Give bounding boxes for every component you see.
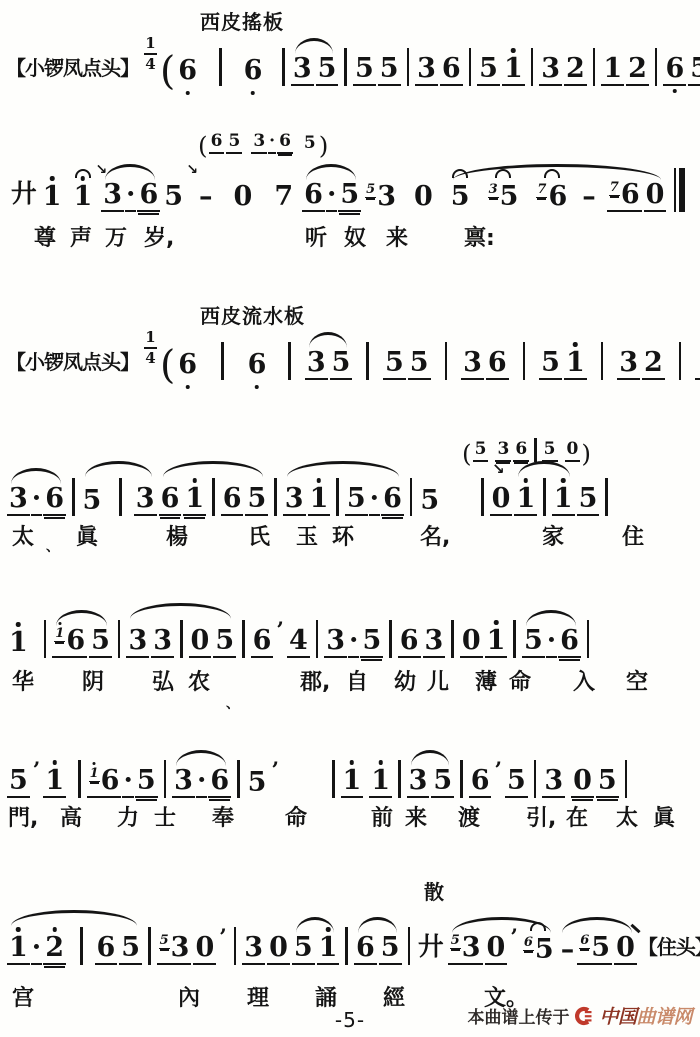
- note-digit: 6: [665, 53, 684, 84]
- site-name: 中国曲谱网: [599, 1002, 692, 1029]
- slur-group: 35: [304, 349, 354, 380]
- note-digit: 3: [136, 483, 155, 514]
- octave-dot: [52, 760, 57, 765]
- note-digit: 3: [497, 439, 509, 459]
- sharp-sign: 廾: [9, 182, 39, 212]
- note: 3: [415, 55, 438, 86]
- barline: [513, 620, 516, 658]
- note: 5: [226, 133, 242, 154]
- note: 5: [418, 487, 441, 516]
- fall-ornament-icon: ↘: [186, 163, 198, 177]
- barline: [679, 342, 682, 380]
- slur-group: 6165: [158, 478, 270, 516]
- note-digit: 0: [191, 625, 210, 656]
- note: 3: [251, 133, 267, 154]
- note-digit: 3: [244, 932, 263, 963]
- note-digit: 6: [442, 53, 461, 84]
- note: 6: [381, 485, 404, 516]
- beam-line: [382, 517, 403, 520]
- note: 0: [267, 934, 290, 965]
- note-digit: ’: [494, 758, 502, 783]
- final-barline: [674, 168, 685, 212]
- octave-dot: [193, 478, 198, 483]
- note-digit: 5: [410, 347, 429, 378]
- note: 5: [292, 934, 315, 965]
- barline: [316, 620, 319, 658]
- note-digit: ·: [126, 179, 135, 210]
- note: 5: [316, 55, 339, 86]
- slur-arc: [130, 603, 231, 619]
- note-digit: 3: [425, 625, 444, 656]
- barline: [451, 620, 454, 658]
- note-digit: 3: [153, 625, 172, 656]
- barline: [288, 342, 291, 380]
- note-digit: ·: [349, 625, 358, 656]
- barline: [605, 478, 608, 516]
- note-digit: 1: [45, 765, 64, 796]
- slur-arc: [411, 750, 450, 766]
- note: 6: [440, 55, 463, 86]
- note-digit: 廾: [418, 932, 444, 962]
- lyric-syllable: 声: [70, 221, 92, 252]
- lyric-syllable: 、: [226, 693, 239, 712]
- octave-dot: [673, 89, 678, 94]
- note: 5: [596, 767, 619, 798]
- barline: [148, 927, 151, 965]
- time-signature: 14: [144, 330, 157, 366]
- lyric-syllable: 儿: [427, 665, 449, 696]
- note-digit: 0: [573, 765, 592, 796]
- slur-arc: [358, 917, 397, 933]
- note: 1: [502, 55, 525, 86]
- note: 16: [87, 767, 122, 798]
- note-digit: 0: [616, 932, 635, 963]
- lyric-syllable: 空: [626, 665, 648, 696]
- barline: [445, 342, 448, 380]
- slur-arc: [11, 910, 137, 926]
- barline: [212, 478, 215, 516]
- note: 3: [305, 349, 328, 380]
- barline: [44, 620, 47, 658]
- barline: [221, 342, 224, 380]
- lyric-syllable: 来: [386, 221, 408, 252]
- note-digit: 5: [121, 932, 140, 963]
- note-digit: 3: [544, 765, 563, 796]
- note-digit: 3: [253, 131, 265, 151]
- barline: [344, 48, 347, 86]
- note-digit: 1: [371, 765, 390, 796]
- sharp-sign: 廾: [416, 935, 446, 965]
- slur-group: –650: [557, 934, 638, 965]
- note-digit: 3: [541, 53, 560, 84]
- note-digit: 5: [433, 765, 452, 796]
- note-digit: 3: [463, 347, 482, 378]
- lyric-syllable: 奴: [344, 221, 366, 252]
- slur-arc: [56, 610, 107, 626]
- barline: [625, 760, 628, 798]
- barline: [655, 48, 658, 86]
- note: 6: [398, 627, 421, 658]
- note-digit: 7: [274, 181, 293, 212]
- note-digit: 3: [103, 179, 122, 210]
- beam-line: [361, 659, 382, 662]
- note: 6: [302, 181, 325, 212]
- note-digit: 1: [343, 765, 362, 796]
- note-digit: 5: [385, 347, 404, 378]
- note: 1: [564, 349, 587, 380]
- octave-dot: [524, 478, 529, 483]
- barline: [593, 48, 596, 86]
- note: 1: [514, 485, 537, 516]
- note: 6: [558, 627, 581, 658]
- note-digit: 1: [554, 483, 573, 514]
- lyric-syllable: 眞: [76, 520, 98, 551]
- barline: [389, 620, 392, 658]
- note: ·: [268, 133, 276, 154]
- note-digit: 6: [560, 625, 579, 656]
- lyric-syllable: 奉: [212, 801, 234, 832]
- slur-group: 3·6: [6, 485, 67, 516]
- music-line-6: 5’116·53·65’11356’5305: [6, 740, 632, 798]
- note: 6: [354, 934, 377, 965]
- cue-fall-arrow: ↘: [492, 460, 505, 478]
- note: ·: [348, 627, 359, 658]
- barline: [234, 927, 237, 965]
- note: ’: [218, 927, 228, 949]
- note: ·: [31, 934, 42, 965]
- grace-note: 5: [450, 934, 461, 949]
- lyric-syllable: 薄: [475, 665, 497, 696]
- meter-numerator: 1: [145, 36, 155, 51]
- note: 3: [423, 627, 446, 658]
- barline: [469, 48, 472, 86]
- note-digit: –: [582, 181, 594, 212]
- note: 5: [345, 485, 368, 516]
- grace-note: 3: [488, 183, 499, 198]
- octave-dot: [251, 91, 256, 96]
- note-digit: 5: [420, 485, 439, 516]
- note: 16: [52, 627, 87, 658]
- lyric-syllable: 命: [285, 801, 307, 832]
- note-digit: 3: [619, 347, 638, 378]
- note: 6: [176, 57, 199, 86]
- note-digit: 5: [164, 181, 183, 212]
- music-line-3: 【小锣凤点头】14(66355536513212): [6, 322, 700, 380]
- note: 1: [308, 485, 331, 516]
- note: 5: [81, 487, 104, 516]
- note-digit: 5: [332, 347, 351, 378]
- barline: [237, 760, 240, 798]
- press-ornament-icon: [495, 169, 511, 178]
- barline: [534, 760, 537, 798]
- slur-arc: [562, 917, 632, 933]
- note-digit: ’: [276, 618, 284, 643]
- lyric-syllable: 渡: [458, 801, 480, 832]
- lyric-syllable: 玉: [296, 520, 318, 551]
- beam-line: [559, 659, 580, 662]
- note-digit: 6: [178, 349, 197, 380]
- note-digit: 5: [524, 625, 543, 656]
- note: 2: [43, 934, 66, 965]
- barline: [282, 48, 285, 86]
- music-line-4: 3·6536165315·650115: [6, 458, 613, 516]
- slur-arc: [105, 164, 155, 180]
- beam-line: [138, 213, 159, 216]
- slur-group: 5·6: [521, 627, 582, 658]
- note: 65: [521, 936, 556, 965]
- cue-line-4: (53650): [462, 428, 591, 462]
- note-digit: 5: [579, 483, 598, 514]
- note: 3: [101, 181, 124, 212]
- note-digit: 5: [535, 934, 554, 965]
- lyric-syllable: 高: [60, 801, 82, 832]
- note-digit: 5: [83, 485, 102, 516]
- octave-dot: [58, 622, 61, 625]
- slur-group: 65: [353, 934, 403, 965]
- note-digit: 6: [97, 932, 116, 963]
- note-digit: 2: [45, 932, 64, 963]
- slur-group: 3305: [125, 620, 237, 658]
- lyric-line-5: 华阴弘农、郡,自幼儿薄命入空: [0, 665, 700, 699]
- note-digit: 5: [304, 133, 316, 153]
- grace-note: 6: [523, 936, 534, 951]
- note: 1: [601, 55, 624, 86]
- note-digit: 廾: [11, 179, 37, 209]
- note-digit: 6: [66, 625, 85, 656]
- lyric-syllable: 岁,: [144, 221, 174, 252]
- note-digit: 3: [174, 765, 193, 796]
- barline: [72, 478, 75, 516]
- note: 3: [539, 55, 562, 86]
- octave-dot: [326, 927, 331, 932]
- octave-dot: [185, 385, 190, 390]
- note: 3: [617, 349, 640, 380]
- slur-arc: [306, 164, 356, 180]
- note: 5: [302, 135, 318, 154]
- note-digit: 1: [9, 932, 28, 963]
- note-digit: ’: [219, 925, 227, 950]
- note-digit: 6: [279, 131, 291, 151]
- note: 1: [552, 485, 575, 516]
- note: 0: [485, 934, 508, 965]
- note: 1: [317, 934, 340, 965]
- lyric-syllable: 氏: [248, 520, 270, 551]
- barline: [80, 927, 83, 965]
- note-digit: –: [199, 181, 211, 212]
- note: 3: [407, 767, 430, 798]
- note-digit: 5: [541, 347, 560, 378]
- note: ·: [31, 485, 42, 516]
- note: 5: [505, 767, 528, 798]
- note: 5: [89, 627, 112, 658]
- slur-group: 35: [406, 767, 456, 798]
- note-digit: 6: [211, 131, 223, 151]
- lyric-syllable: 、: [46, 536, 59, 555]
- slur-group: 11: [513, 478, 575, 516]
- note: 6: [159, 485, 182, 516]
- lyric-syllable: 来: [405, 801, 427, 832]
- note-digit: 5: [362, 625, 381, 656]
- note: 5: [539, 349, 562, 380]
- octave-dot: [52, 927, 57, 932]
- note: 53: [363, 183, 398, 212]
- lyric-syllable: 士: [154, 801, 176, 832]
- octave-dot: [16, 622, 21, 627]
- note: 5: [330, 349, 353, 380]
- note: –: [579, 183, 597, 212]
- barline: [523, 342, 526, 380]
- note-digit: 3: [462, 932, 481, 963]
- octave-dot: [16, 927, 21, 932]
- press-ornament-icon: [452, 169, 468, 178]
- octave-dot: [317, 478, 322, 483]
- lyric-syllable: 在: [566, 801, 588, 832]
- note-digit: 3: [326, 625, 345, 656]
- barline: [531, 48, 534, 86]
- note-digit: ·: [327, 179, 336, 210]
- note: 5: [378, 55, 401, 86]
- note: 5: [213, 627, 236, 658]
- note: 6: [95, 934, 118, 965]
- slur-group: 51: [291, 934, 341, 965]
- note-digit: 5: [247, 483, 266, 514]
- slur-arc: [287, 461, 399, 477]
- note: 0: [614, 934, 637, 965]
- note: ·: [546, 627, 557, 658]
- note-digit: 1: [73, 181, 92, 212]
- octave-dot: [93, 762, 96, 765]
- note-digit: ·: [123, 765, 132, 796]
- note: 0: [193, 934, 216, 965]
- note: ’: [275, 620, 285, 642]
- note: 1: [7, 629, 30, 658]
- note: 65: [577, 934, 612, 965]
- note: 5: [577, 485, 600, 516]
- lyric-line-4: 太、眞楊氏玉环名,家住: [0, 520, 700, 554]
- note: 35: [486, 183, 521, 212]
- note-digit: 5: [318, 53, 337, 84]
- note: 5: [7, 767, 30, 798]
- note: 5: [119, 934, 142, 965]
- note: 0: [490, 485, 513, 516]
- note: 3: [151, 627, 174, 658]
- note: 6: [486, 349, 509, 380]
- note-digit: 0: [487, 932, 506, 963]
- note: ·: [196, 767, 207, 798]
- note-digit: ·: [32, 932, 41, 963]
- note: 6: [43, 485, 66, 516]
- grace-note: 6: [579, 934, 590, 949]
- note-digit: 5: [228, 131, 240, 151]
- note: ’: [32, 760, 42, 782]
- note-digit: 3: [171, 932, 190, 963]
- note-digit: 4: [289, 625, 308, 656]
- zhutou-label: 【住头】: [638, 931, 700, 965]
- note: 6: [209, 133, 225, 154]
- note-digit: 6: [45, 483, 64, 514]
- grace-note: 5: [159, 934, 170, 949]
- note: 1: [43, 767, 66, 798]
- meter-denominator: 4: [145, 351, 155, 366]
- note-digit: 2: [644, 347, 663, 378]
- octave-dot: [561, 478, 566, 483]
- barline: [366, 342, 369, 380]
- note-digit: 6: [383, 483, 402, 514]
- note: 6: [208, 767, 231, 798]
- note-digit: 6: [161, 483, 180, 514]
- note: 6: [242, 57, 265, 86]
- slur-group: 53: [80, 478, 158, 516]
- note-digit: 6: [515, 439, 527, 459]
- barline: [587, 620, 590, 658]
- slur-arc: [309, 332, 348, 348]
- press-ornament-icon: [530, 922, 546, 931]
- note: 76: [607, 181, 642, 212]
- note-digit: ’: [33, 758, 41, 783]
- note: 0: [232, 183, 255, 212]
- note-digit: 5: [215, 625, 234, 656]
- note: ·: [369, 485, 380, 516]
- note-digit: 1: [487, 625, 506, 656]
- note-digit: 1: [185, 483, 204, 514]
- note: 5: [379, 934, 402, 965]
- note-digit: 0: [269, 932, 288, 963]
- sheet-music-page: 西皮搖板 西皮流水板 散 【小锣凤点头】14(6635553651321265)…: [0, 0, 700, 1037]
- lyric-syllable: 幼: [394, 665, 416, 696]
- note: 6: [277, 133, 293, 154]
- note: 0: [460, 627, 483, 658]
- note-digit: 6: [253, 625, 272, 656]
- note: 3: [172, 767, 195, 798]
- slur-group: 1·265: [6, 927, 143, 965]
- note-digit: 3: [285, 483, 304, 514]
- lyric-syllable: 力: [117, 801, 139, 832]
- lyric-syllable: 命: [509, 665, 531, 696]
- note-digit: 6: [356, 932, 375, 963]
- beam-line: [339, 213, 360, 216]
- note-digit: 5: [248, 767, 267, 798]
- note-digit: 0: [462, 625, 481, 656]
- note: 3: [324, 627, 347, 658]
- lyric-syllable: 万: [105, 221, 127, 252]
- time-signature: 14: [144, 36, 157, 72]
- note-digit: 3: [9, 483, 28, 514]
- note: –: [196, 183, 214, 212]
- octave-dot: [494, 620, 499, 625]
- note-digit: ·: [32, 483, 41, 514]
- meter-denominator: 4: [145, 57, 155, 72]
- note: 5: [408, 349, 431, 380]
- note: 0: [189, 627, 212, 658]
- note: 2: [642, 349, 665, 380]
- octave-dot: [255, 385, 260, 390]
- note: –: [558, 936, 576, 965]
- octave-dot: [573, 342, 578, 347]
- note: 6: [251, 627, 274, 658]
- note-digit: 5: [475, 439, 487, 459]
- meter-numerator: 1: [145, 330, 155, 345]
- lyric-syllable: 眞: [653, 801, 675, 832]
- slur-arc: [11, 468, 61, 484]
- note: 1: [183, 485, 206, 516]
- note: 2: [564, 55, 587, 86]
- lyric-syllable: 住: [622, 520, 644, 551]
- note: 5: [383, 349, 406, 380]
- note-digit: 5: [381, 932, 400, 963]
- note-digit: 3: [293, 53, 312, 84]
- note: 3: [126, 627, 149, 658]
- note-digit: 1: [504, 53, 523, 84]
